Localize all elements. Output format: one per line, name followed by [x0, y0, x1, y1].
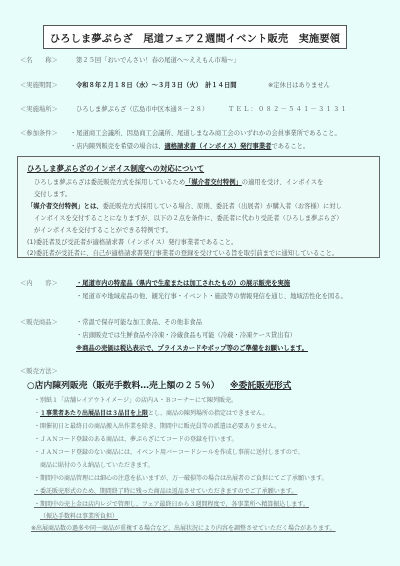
invoice-line-4: インボイスを交付することになりますが、以下の２点を条件に、委託者に代わり受託者（…: [34, 213, 343, 222]
contents-label: ＜内 容＞: [20, 278, 58, 287]
conditions-item-2-text: ・店内陳列販売を希望の場合は、: [70, 143, 164, 150]
venue-label: ＜実施場所＞: [20, 104, 58, 113]
invoice-condition-2: (2)委託者が受託者に、自己が適格請求書発行事業者の登録を受けている旨を取引前ま…: [27, 248, 338, 257]
products-note: ※商品の売価は税込表示で、プライスカードやポップ等のご準備をお願いします。: [76, 343, 308, 352]
contents-item-2: ・尾道市や地域産品の他、観光行事・イベント・施設等の情報発信を通じ、地域活性化を…: [76, 291, 347, 300]
method-item-2-post: とし、商品の陳列場所の指定はできません。: [148, 410, 268, 417]
invoice-info-box: ひろしま夢ぷらざのインボイス制度への対応について ひろしま夢ぷらざは委託販売方式…: [17, 156, 380, 258]
venue-tel: ＴＥＬ：０８２－５４１－３１３１: [228, 104, 348, 113]
method-item-4: ・ＪＡＮコード登録のある商品は、夢ぷらざにてコードの登録を行います。: [34, 434, 238, 443]
conditions-suffix: であること。: [271, 143, 309, 150]
method-heading-note: ※委託販売形式: [230, 378, 291, 391]
invoice-line-1: ひろしま夢ぷらざは委託販売方式を採用しているため「媒介者交付特例」の適用を受け、…: [34, 177, 323, 186]
period-note: ※定休日はありません: [268, 80, 330, 89]
products-item-2: ・店頭販売では生鮮食品や冷凍・冷蔵食品も可能（冷蔵・冷凍ケース貸出有）: [76, 330, 296, 339]
invoice-line-5: がインボイスを交付することができる特例です。: [34, 225, 172, 234]
method-heading: ○店内陳列販売（販売手数料…売上額の２５％）: [27, 378, 219, 391]
conditions-emphasis: 適格請求書（インボイス）発行事業者: [164, 143, 271, 150]
invoice-line-1-post: の適用を受け、インボイスを: [242, 179, 324, 186]
invoice-line-2: 交付します。: [34, 189, 71, 198]
products-label: ＜販売商品＞: [20, 317, 58, 326]
products-item-1: ・常温で保存可能な加工食品、その他非食品: [76, 317, 202, 326]
invoice-line-1-pre: ひろしま夢ぷらざは委託販売方式を採用しているため: [34, 179, 185, 186]
invoice-line-3-em: 「媒介者交付特例」とは、: [27, 203, 103, 210]
name-value: 第２５回「おいでんさい！春の尾道へ〜ええもん市場〜」: [76, 55, 240, 64]
invoice-line-1-em: 「媒介者交付特例」: [185, 179, 242, 186]
name-label: ＜名 称＞: [20, 55, 58, 64]
method-item-3: ・開催初日と最終日の商品搬入出作業を除き、期間中に販売員等の派遣は必要ありません…: [34, 421, 280, 430]
invoice-heading: ひろしま夢ぷらざのインボイス制度への対応について: [27, 163, 204, 174]
method-label: ＜販売方法＞: [20, 366, 58, 375]
venue-value: ひろしま夢ぷらざ（広島市中区本通８－２８）: [76, 104, 208, 113]
period-label: ＜実施期間＞: [20, 80, 58, 89]
conditions-label: ＜参加条件＞: [20, 128, 58, 137]
page-title: ひろしま夢ぷらざ 尾道フェア２週間イベント販売 実施要領: [43, 25, 347, 49]
invoice-condition-1: (1)委託者及び受託者が適格請求書（インボイス）発行事業者であること。: [27, 237, 237, 246]
contents-item-1: ・尾道市内の特産品（県内で生産または加工されたもの）の展示販売を実施: [76, 278, 290, 287]
invoice-line-3-post: 委託販売方式採用している場合、原則、委託者（出展者）が購入者（お客様）に対し: [103, 203, 342, 210]
method-item-1: ・別紙１「店舗レイアウトイメージ」の店内Ａ・Ｂコーナーにて陳列販売。: [34, 395, 237, 404]
method-item-7: ・期間中の商品管理には細心の注意を払いますが、万一破損等の場合は出展者のご負担に…: [34, 473, 328, 482]
method-item-2: ・１事業者あたり出展品目は３品目を上限とし、商品の陳列場所の指定はできません。: [34, 408, 268, 417]
period-value: 令和８年２月１８日（水）〜３月３日（火） 計１４日間: [76, 80, 237, 89]
method-footnote: ※出展商品数の過多や同一商品が重複する場合など、出展状況により内容を調整させてい…: [31, 523, 336, 532]
conditions-item-2: ・店内陳列販売を希望の場合は、適格請求書（インボイス）発行事業者であること。: [70, 141, 309, 150]
method-item-8: ・委託販売形式のため、期間終了時に残った商品は返品させていただきますのでご了承願…: [34, 486, 297, 495]
conditions-item-1: ・尾道商工会議所、因島商工会議所、尾道しまなみ商工会のいずれかの会員事業所である…: [70, 128, 341, 137]
method-item-10: （振込手数料は事業所負担）: [40, 511, 118, 520]
invoice-line-3: 「媒介者交付特例」とは、委託販売方式採用している場合、原則、委託者（出展者）が購…: [27, 201, 342, 210]
method-item-5: ・ＪＡＮコード登録のない商品には、イベント用バーコードシールを作成し事前に送付し…: [34, 447, 304, 456]
method-item-2-em: １事業者あたり出展品目は３品目を上限: [40, 410, 148, 417]
method-item-9: ・期間中の売上金は店内レジで管理し、フェア最終日から３週間程度で、各事業所へ精算…: [34, 499, 309, 508]
method-item-6: 商品に貼付のうえ納品していただきます。: [34, 460, 154, 469]
